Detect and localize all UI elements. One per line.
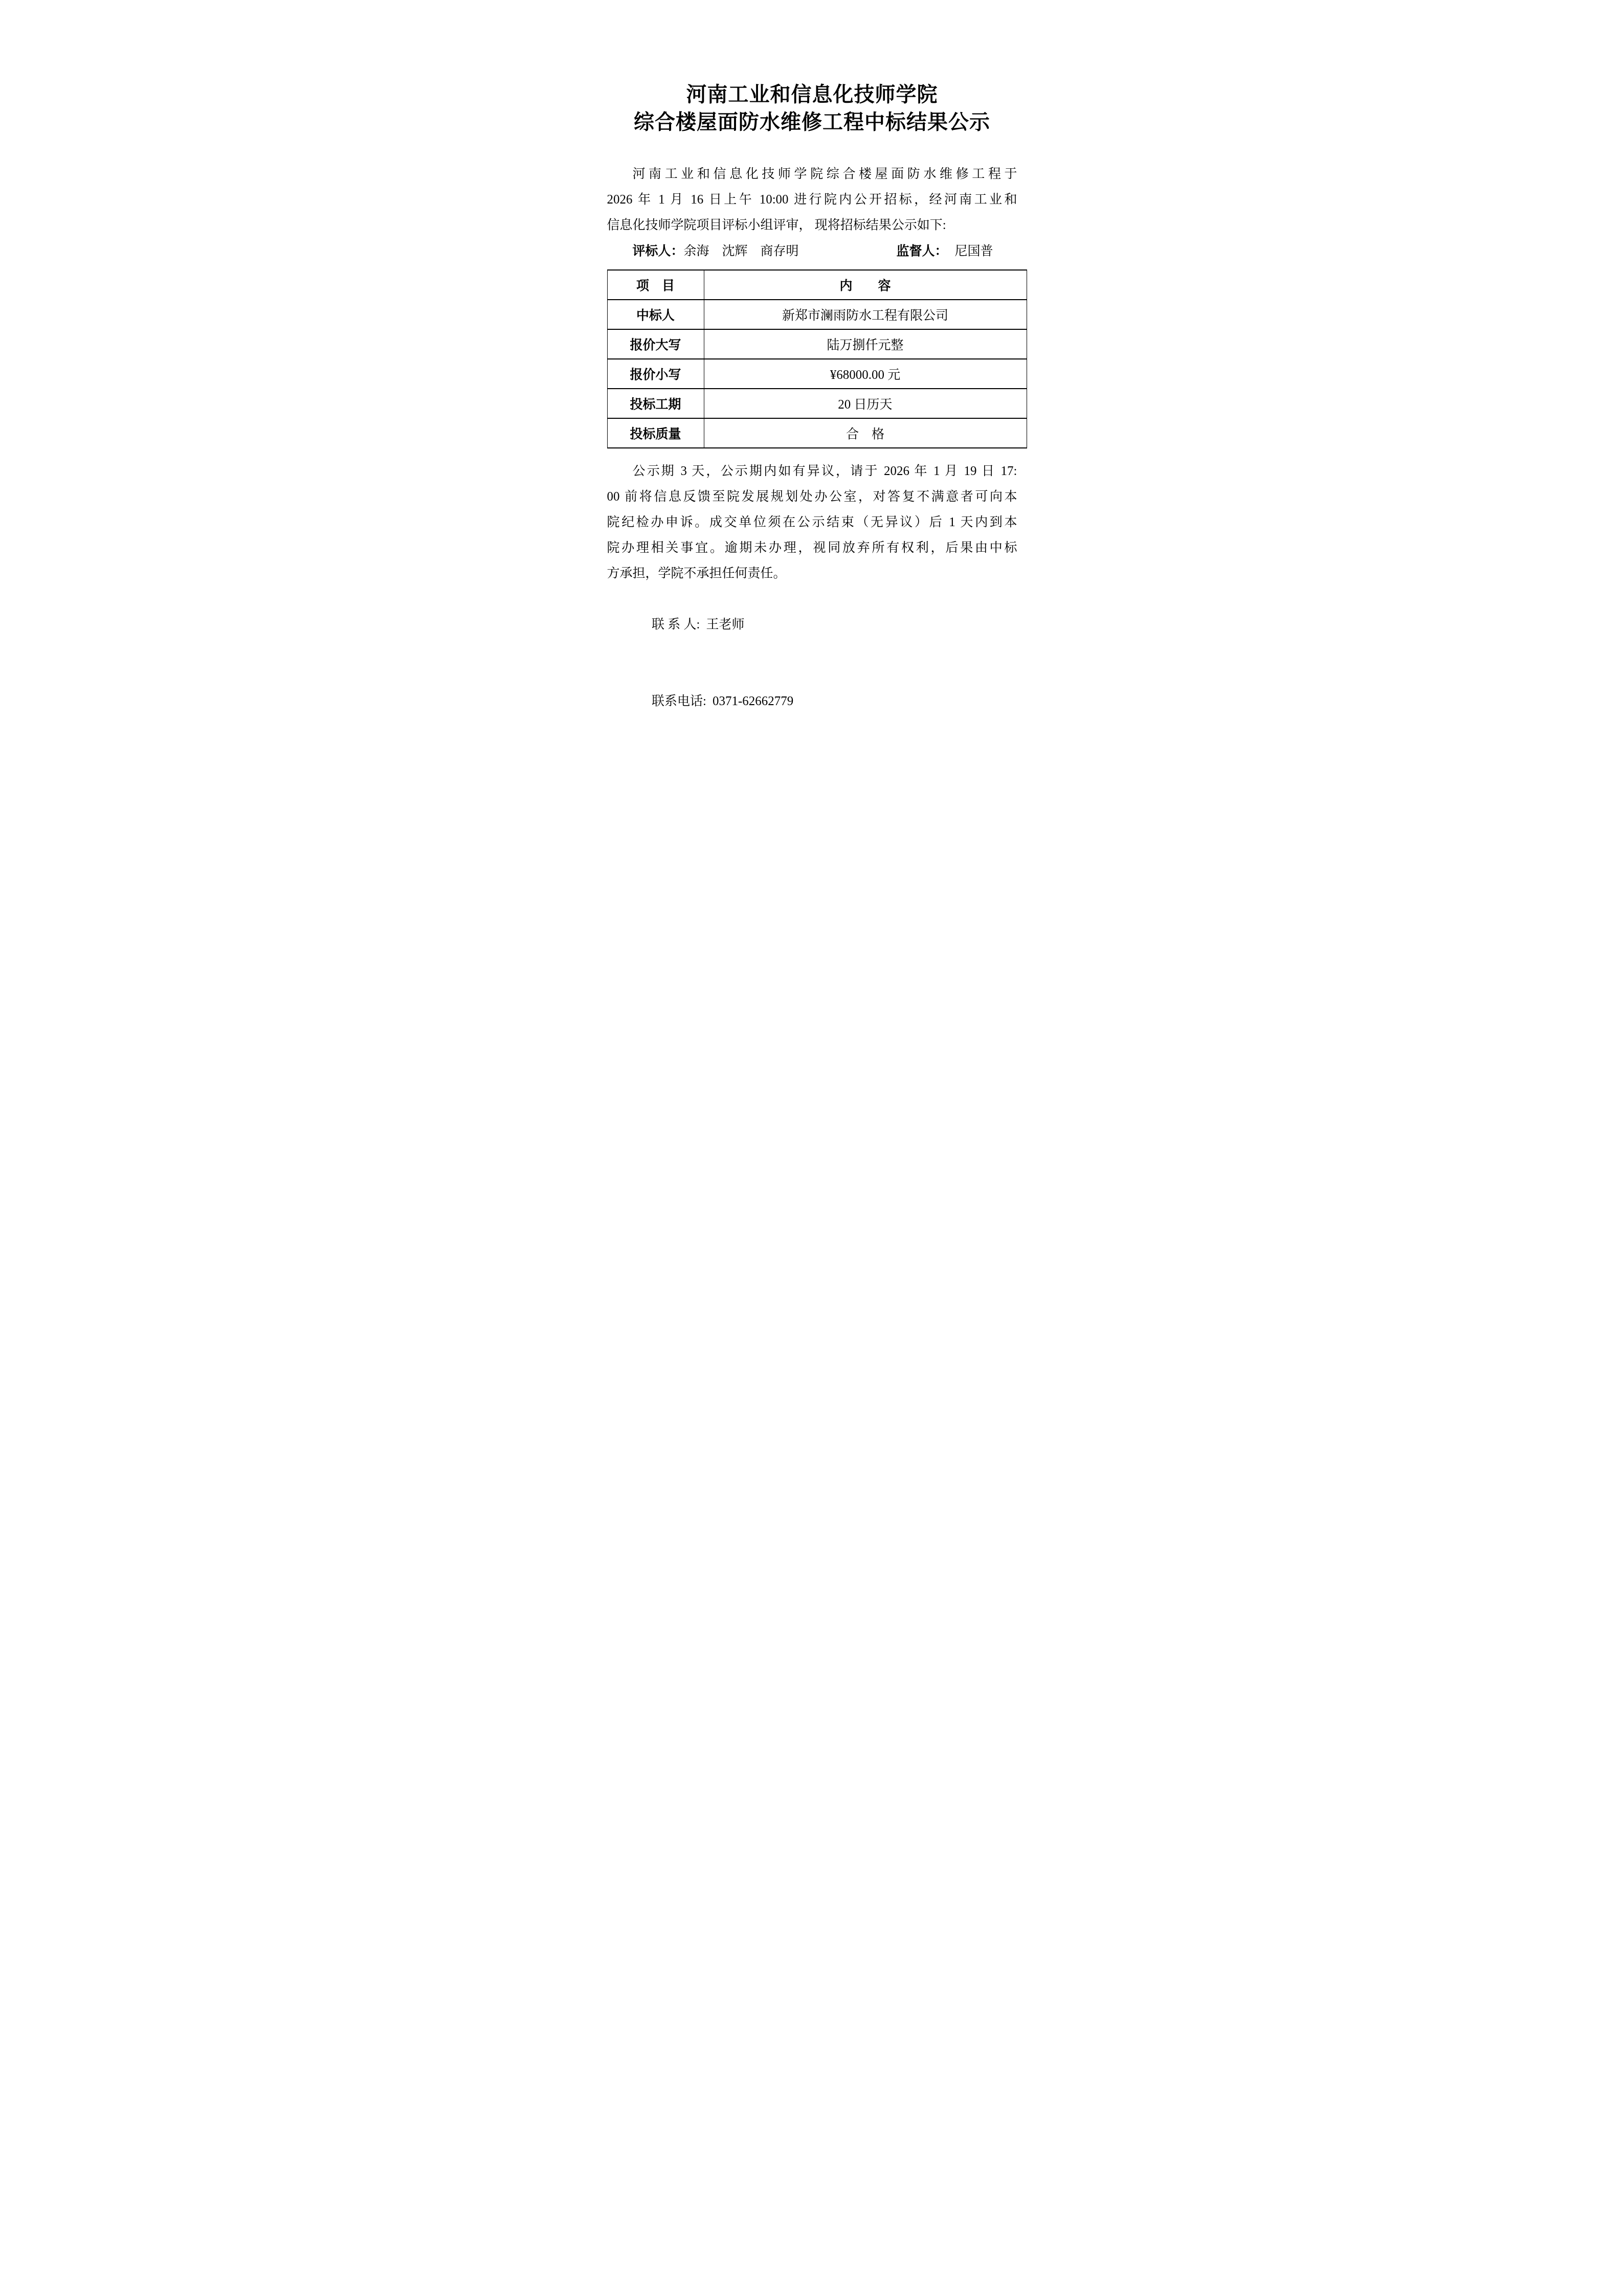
supervisor-name: 尼国普 — [954, 244, 993, 258]
doc-title: 河南工业和信息化技师学院 综合楼屋面防水维修工程中标结果公示 — [607, 81, 1017, 136]
table-row: 报价小写 ¥68000.00 元 — [607, 359, 1027, 389]
table-row: 报价大写 陆万捌仟元整 — [607, 329, 1027, 359]
contact-phone-line: 联系电话:0371-62662779 — [633, 663, 1017, 740]
opening-paragraph: 河南工业和信息化技师学院综合楼屋面防水维修工程于 2026 年 1 月 16 日… — [607, 162, 1017, 238]
table-row-value: 新郑市澜雨防水工程有限公司 — [704, 300, 1027, 329]
supervisor-label: 监督人： — [896, 244, 947, 258]
table-row-label: 投标工期 — [607, 389, 704, 418]
evaluators-names: 余海 沈辉 商存明 — [684, 239, 799, 264]
table-row-value: ¥68000.00 元 — [704, 359, 1027, 389]
notice-paragraph-line-4: 院办理相关事宜。逾期未办理，视同放弃所有权利，后果由中标 — [607, 535, 1017, 561]
contact-phone-value: 0371-62662779 — [713, 694, 793, 708]
bid-result-table: 项 目 内 容 中标人 新郑市澜雨防水工程有限公司 报价大写 陆万捌仟元整 报价… — [607, 269, 1027, 448]
table-row-value: 合 格 — [704, 418, 1027, 448]
notice-paragraph-line-5: 方承担，学院不承担任何责任。 — [607, 561, 1017, 587]
table-row-label: 报价大写 — [607, 329, 704, 359]
contact-person-line: 联 系 人:王老师 — [633, 587, 1017, 663]
notice-paragraph-line-1: 公示期 3 天，公示期内如有异议，请于 2026 年 1 月 19 日 17: — [607, 459, 1017, 484]
table-row: 投标工期 20 日历天 — [607, 389, 1027, 418]
contact-phone-label: 联系电话: — [652, 694, 706, 708]
evaluators-label: 评标人： — [633, 238, 684, 264]
table-row: 投标质量 合 格 — [607, 418, 1027, 448]
table-row-value: 陆万捌仟元整 — [704, 329, 1027, 359]
doc-title-line-2: 综合楼屋面防水维修工程中标结果公示 — [607, 108, 1017, 136]
table-row-value: 20 日历天 — [704, 389, 1027, 418]
contact-person-label: 联 系 人: — [652, 618, 700, 632]
table-header-content: 内 容 — [704, 270, 1027, 300]
evaluators-line: 评标人：余海 沈辉 商存明 监督人：尼国普 — [607, 238, 1017, 264]
opening-paragraph-line-2: 2026 年 1 月 16 日上午 10:00 进行院内公开招标，经河南工业和 — [607, 187, 1017, 213]
table-row: 中标人 新郑市澜雨防水工程有限公司 — [607, 300, 1027, 329]
table-row-label: 报价小写 — [607, 359, 704, 389]
contact-person-value: 王老师 — [706, 618, 744, 632]
table-row-label: 中标人 — [607, 300, 704, 329]
opening-paragraph-line-1: 河南工业和信息化技师学院综合楼屋面防水维修工程于 — [607, 162, 1017, 187]
supervisor-group: 监督人：尼国普 — [896, 238, 993, 264]
table-header-row: 项 目 内 容 — [607, 270, 1027, 300]
doc-title-line-1: 河南工业和信息化技师学院 — [607, 81, 1017, 108]
table-header-item: 项 目 — [607, 270, 704, 300]
notice-paragraph-line-3: 院纪检办申诉。成交单位须在公示结束（无异议）后 1 天内到本 — [607, 510, 1017, 535]
opening-paragraph-line-3: 信息化技师学院项目评标小组评审， 现将招标结果公示如下: — [607, 213, 1017, 238]
notice-paragraph: 公示期 3 天，公示期内如有异议，请于 2026 年 1 月 19 日 17: … — [607, 459, 1017, 587]
table-row-label: 投标质量 — [607, 418, 704, 448]
document-page: 河南工业和信息化技师学院 综合楼屋面防水维修工程中标结果公示 河南工业和信息化技… — [542, 0, 1083, 766]
contact-block: 联 系 人:王老师 联系电话:0371-62662779 地 址:新郑市西关工业… — [607, 587, 1017, 766]
notice-paragraph-line-2: 00 前将信息反馈至院发展规划处办公室，对答复不满意者可向本 — [607, 484, 1017, 510]
contact-address-line: 地 址:新郑市西关工业区 100 号 — [633, 740, 1017, 766]
